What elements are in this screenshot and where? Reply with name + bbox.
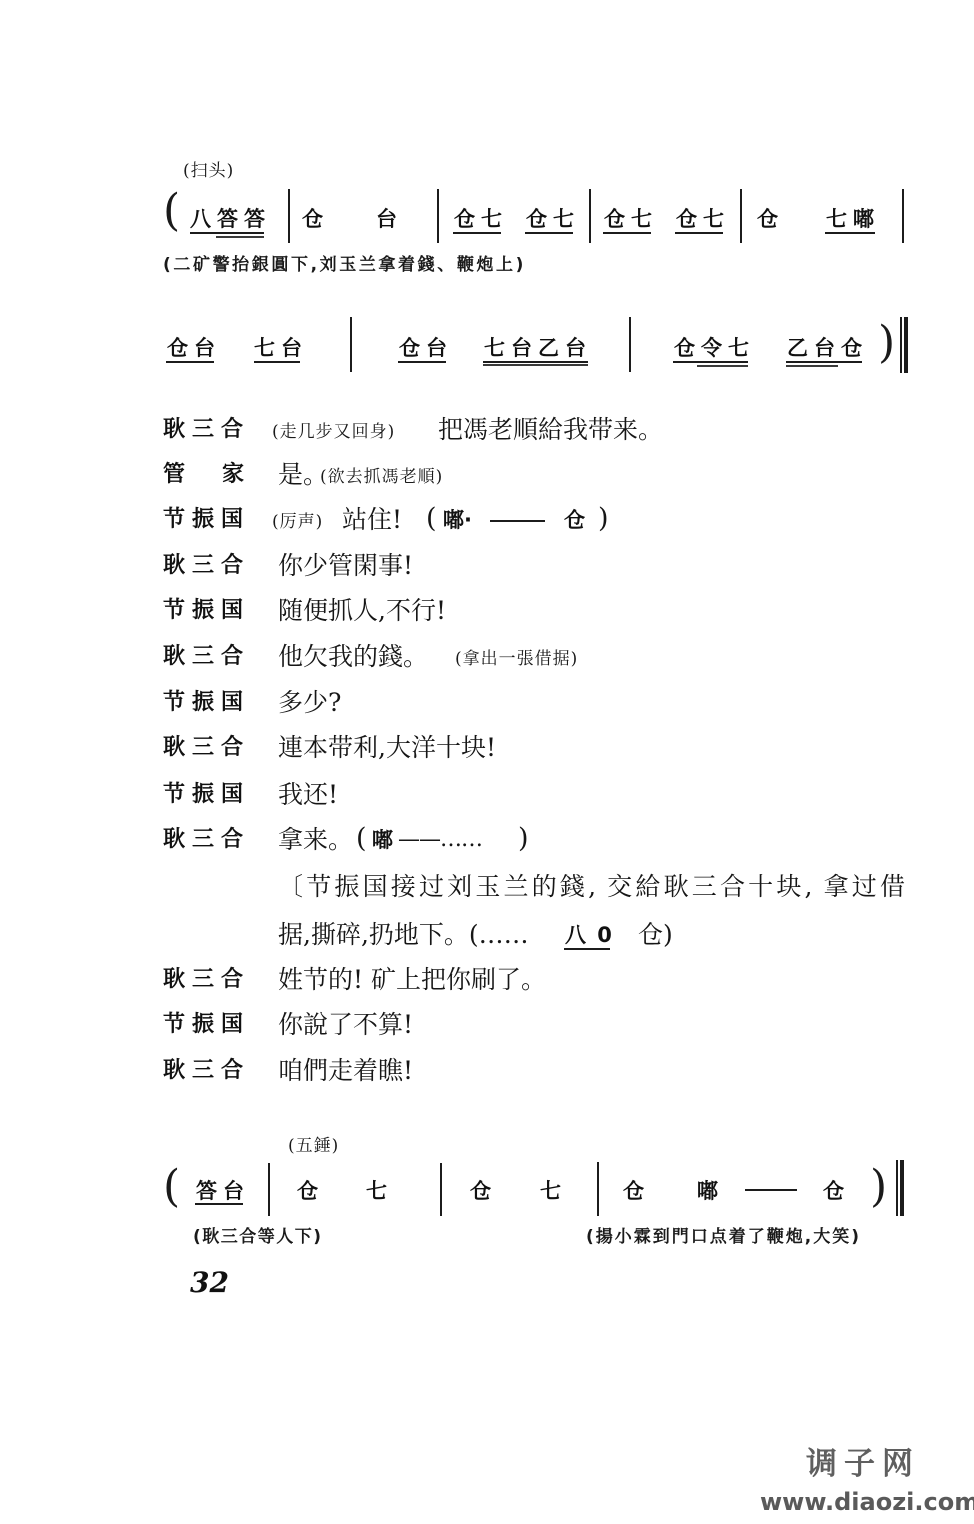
score-note: 仓七 bbox=[526, 207, 580, 231]
dialogue-line: 节振国 随便抓人,不行! bbox=[0, 595, 974, 627]
underline bbox=[398, 361, 446, 363]
score-note: 仓七 bbox=[676, 207, 730, 231]
percussion-close-paren: ) bbox=[598, 502, 609, 536]
underline-second bbox=[483, 364, 588, 366]
end-bar-thick bbox=[900, 1160, 904, 1216]
underline bbox=[825, 232, 875, 234]
speaker-name: 耿三合 bbox=[163, 1058, 250, 1084]
percussion-dash bbox=[490, 520, 545, 522]
page-number: 32 bbox=[190, 1268, 229, 1298]
score-close-paren: ) bbox=[878, 318, 895, 368]
end-bar-thick bbox=[904, 317, 908, 373]
score-note: 仓 bbox=[823, 1179, 850, 1203]
percussion-dash bbox=[745, 1189, 797, 1191]
dialogue-line: 管家 是。 (欲去抓馮老順) bbox=[0, 459, 974, 491]
speaker-name: 耿三合 bbox=[163, 417, 250, 443]
percussion-dash-ellipsis: ——…… bbox=[398, 824, 482, 856]
underline bbox=[190, 232, 264, 234]
percussion-note: 嘟· bbox=[443, 504, 472, 536]
dialogue-line: 耿三合 你少管閑事! bbox=[0, 550, 974, 582]
stage-direction: (欲去抓馮老順) bbox=[320, 461, 443, 493]
stage-direction-block: 〔节振国接过刘玉兰的錢, 交給耿三合十块, 拿过借 bbox=[0, 871, 974, 903]
underline bbox=[254, 361, 300, 363]
dialogue-line: 节振国 多少? bbox=[0, 687, 974, 719]
bar-line bbox=[437, 189, 439, 243]
speech-text: 連本带利,大洋十块! bbox=[278, 732, 496, 764]
dialogue-line: 节振国 (厉声) 站住! ( 嘟· 仓 ) bbox=[0, 504, 974, 536]
score-label: (五錘) bbox=[288, 1135, 339, 1157]
bar-line bbox=[902, 189, 904, 243]
speech-text: 他欠我的錢。 bbox=[278, 641, 428, 673]
underline-second bbox=[216, 236, 264, 238]
stage-caption-left: (耿三合等人下) bbox=[193, 1226, 323, 1248]
speaker-name: 管家 bbox=[163, 462, 281, 488]
dialogue-line: 耿三合 咱們走着瞧! bbox=[0, 1055, 974, 1087]
underline bbox=[195, 1203, 243, 1205]
speaker-name: 耿三合 bbox=[163, 967, 250, 993]
score-note: 仓 bbox=[302, 207, 329, 231]
speech-text: 你說了不算! bbox=[278, 1009, 413, 1041]
speaker-name: 耿三合 bbox=[163, 827, 250, 853]
dialogue-line: 节振国 你說了不算! bbox=[0, 1009, 974, 1041]
score-open-paren: ( bbox=[163, 186, 180, 236]
underline bbox=[786, 361, 862, 363]
percussion-note: 八 0 bbox=[565, 919, 614, 951]
dialogue-line: 耿三合 連本带利,大洋十块! bbox=[0, 732, 974, 764]
stage-direction-line: 据,撕碎,扔地下。(…… bbox=[278, 919, 529, 951]
score-note: 仓台 bbox=[399, 336, 453, 360]
bar-line bbox=[440, 1163, 442, 1216]
score-note: 答台 bbox=[196, 1179, 250, 1203]
score-label: (扫头) bbox=[183, 160, 234, 182]
bar-line bbox=[597, 1162, 599, 1216]
bar-line bbox=[740, 189, 742, 243]
speech-text: 拿来。 bbox=[278, 824, 353, 856]
speech-text: 随便抓人,不行! bbox=[278, 595, 446, 627]
stage-direction: (走几步又回身) bbox=[272, 416, 395, 448]
score-note: 台 bbox=[376, 207, 403, 231]
score-note: 八答答 bbox=[190, 207, 271, 231]
bar-line bbox=[629, 317, 631, 372]
score-note: 七台 bbox=[254, 336, 308, 360]
score-note: 七台乙台 bbox=[484, 336, 592, 360]
speaker-name: 耿三合 bbox=[163, 553, 250, 579]
score-note: 仓七 bbox=[604, 207, 658, 231]
score-note: 乙台仓 bbox=[787, 336, 868, 360]
speaker-name: 节振国 bbox=[163, 1012, 250, 1038]
percussion-end: 仓) bbox=[638, 919, 673, 951]
speech-text: 我还! bbox=[278, 779, 338, 811]
speech-text: 你少管閑事! bbox=[278, 550, 413, 582]
watermark-site-name: 调子网 bbox=[806, 1447, 920, 1481]
underline bbox=[603, 232, 651, 234]
script-page: (扫头) ( 八答答 仓 台 仓七 仓七 仓七 仓七 仓 七嘟 (二矿警抬銀圓下… bbox=[0, 0, 974, 1524]
score-note: 七嘟 bbox=[826, 207, 880, 231]
score-note: 仓令七 bbox=[674, 336, 755, 360]
score-close-paren: ) bbox=[870, 1162, 887, 1212]
percussion-open-paren: ( bbox=[426, 502, 437, 536]
stage-caption: (二矿警抬銀圓下,刘玉兰拿着錢、鞭炮上) bbox=[163, 254, 526, 276]
percussion-open-paren: ( bbox=[356, 822, 367, 856]
stage-direction: (厉声) bbox=[272, 506, 323, 538]
underline bbox=[673, 361, 748, 363]
speaker-name: 节振国 bbox=[163, 598, 250, 624]
score-open-paren: ( bbox=[163, 1162, 180, 1212]
stage-direction-block: 据,撕碎,扔地下。(…… 八 0 仓) bbox=[0, 919, 974, 951]
score-note: 仓台 bbox=[167, 336, 221, 360]
score-note: 七 bbox=[540, 1179, 567, 1203]
stage-direction: (拿出一張借据) bbox=[455, 643, 578, 675]
score-note: 仓七 bbox=[454, 207, 508, 231]
speaker-name: 耿三合 bbox=[163, 735, 250, 761]
underline bbox=[166, 361, 214, 363]
underline bbox=[483, 361, 588, 363]
percussion-close-paren: ) bbox=[518, 822, 529, 856]
stage-caption-right: (揚小霖到門口点着了鞭炮,大笑) bbox=[586, 1226, 861, 1248]
stage-direction-line: 〔节振国接过刘玉兰的錢, 交給耿三合十块, 拿过借 bbox=[278, 871, 905, 903]
score-note: 仓 bbox=[623, 1179, 650, 1203]
score-note: 仓 bbox=[757, 207, 784, 231]
dialogue-line: 耿三合 姓节的! 矿上把你刷了。 bbox=[0, 964, 974, 996]
speech-text: 多少? bbox=[278, 687, 341, 719]
score-note: 仓 bbox=[297, 1179, 324, 1203]
watermark-url: www.diaozi.com bbox=[760, 1489, 974, 1515]
bar-line bbox=[350, 317, 352, 372]
bar-line bbox=[268, 1163, 270, 1216]
underline-second bbox=[786, 365, 838, 367]
underline bbox=[453, 232, 501, 234]
dialogue-line: 耿三合 (走几步又回身) 把馮老順給我带来。 bbox=[0, 414, 974, 446]
bar-line bbox=[288, 189, 290, 243]
score-note: 仓 bbox=[470, 1179, 497, 1203]
underline-second bbox=[697, 365, 748, 367]
speech-text: 咱們走着瞧! bbox=[278, 1055, 413, 1087]
end-bar-thin bbox=[896, 1160, 898, 1216]
speech-text: 把馮老順給我带来。 bbox=[438, 414, 663, 446]
speaker-name: 耿三合 bbox=[163, 644, 250, 670]
speaker-name: 节振国 bbox=[163, 507, 250, 533]
end-bar-thin bbox=[900, 317, 902, 373]
score-note: 七 bbox=[366, 1179, 393, 1203]
underline bbox=[675, 232, 723, 234]
bar-line bbox=[589, 189, 591, 243]
percussion-note: 嘟 bbox=[372, 824, 393, 856]
speaker-name: 节振国 bbox=[163, 782, 250, 808]
speech-text: 站住! bbox=[342, 504, 402, 536]
score-note: 嘟 bbox=[697, 1179, 724, 1203]
dialogue-line: 耿三合 拿来。 ( 嘟 ——…… ) bbox=[0, 824, 974, 856]
underline bbox=[525, 232, 573, 234]
underline bbox=[564, 948, 610, 950]
dialogue-line: 耿三合 他欠我的錢。 (拿出一張借据) bbox=[0, 641, 974, 673]
speech-text: 姓节的! 矿上把你刷了。 bbox=[278, 964, 546, 996]
percussion-note: 仓 bbox=[564, 504, 585, 536]
speaker-name: 节振国 bbox=[163, 690, 250, 716]
dialogue-line: 节振国 我还! bbox=[0, 779, 974, 811]
